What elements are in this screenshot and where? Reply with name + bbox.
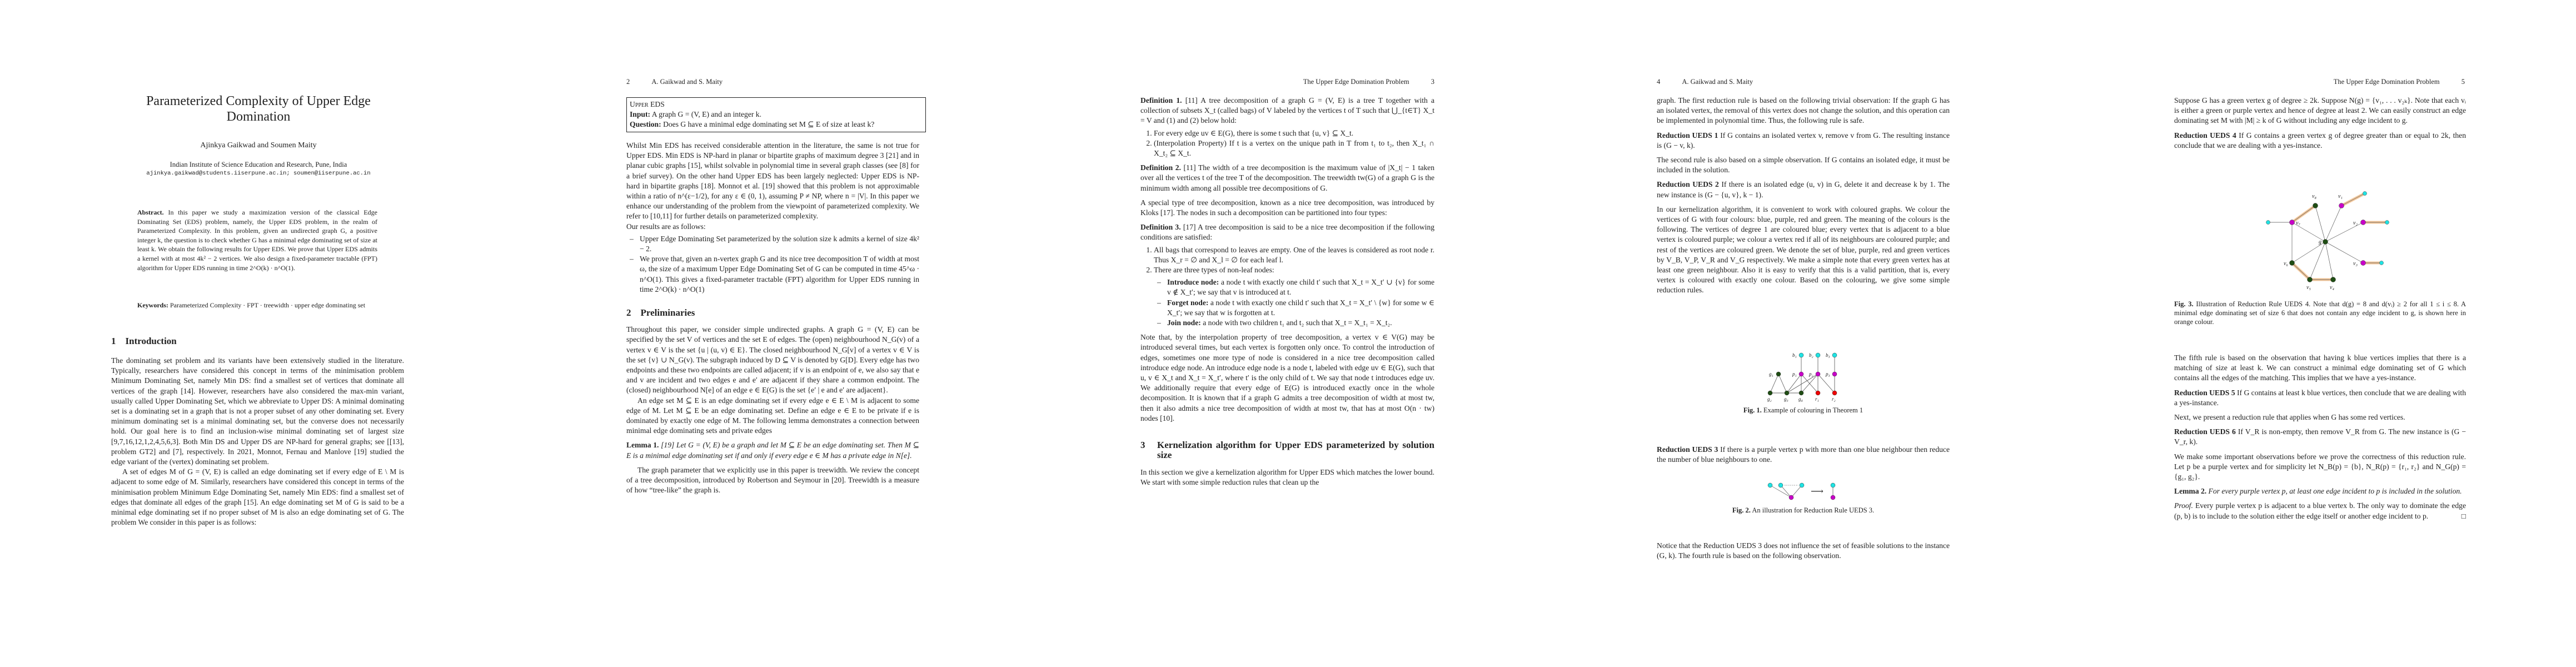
- page-number: 3: [1431, 78, 1434, 86]
- node-type-forget: Forget node: a node t with exactly one c…: [1167, 298, 1434, 318]
- prelim-paragraph-1: Throughout this paper, we consider simpl…: [626, 325, 919, 395]
- figure-2: ⟶ Fig. 2. An illustration for Reduction …: [1657, 481, 1950, 515]
- svg-text:v₃: v₃: [2353, 261, 2358, 267]
- definition-1: Definition 1. [11] A tree decomposition …: [1140, 96, 1434, 126]
- proof-lemma-2: Proof. Every purple vertex p is adjacent…: [2174, 501, 2466, 521]
- svg-text:b₃: b₃: [1826, 352, 1830, 358]
- svg-text:v₆: v₆: [2284, 261, 2288, 267]
- node-type-introduce: Introduce node: a node t with exactly on…: [1167, 277, 1434, 297]
- problem-input: Input: A graph G = (V, E) and an integer…: [630, 109, 923, 120]
- svg-text:b₂: b₂: [1809, 352, 1813, 358]
- svg-text:p₁: p₁: [1792, 371, 1797, 377]
- qed-symbol: □: [2462, 511, 2466, 521]
- page5-top: Suppose G has a green vertex g of degree…: [2174, 96, 2466, 151]
- section-heading-kernelization: 3 Kernelization algorithm for Upper EDS …: [1140, 440, 1434, 460]
- running-head: 2 A. Gaikwad and S. Maity: [626, 78, 723, 86]
- author-emails[interactable]: ajinkya.gaikwad@students.iiserpune.ac.in…: [100, 169, 417, 178]
- reduction-rule-4-figure: v₈v₁v₇v₂ gv₆v₃v₅v₄: [2258, 189, 2402, 292]
- figure-1-caption: Fig. 1. Example of colouring in Theorem …: [1657, 406, 1950, 415]
- note-paragraph: Note that, by the interpolation property…: [1140, 332, 1434, 424]
- figure-2-caption: Fig. 2. An illustration for Reduction Ru…: [1657, 506, 1950, 515]
- page-2: 2 A. Gaikwad and S. Maity Upper EDS Inpu…: [515, 0, 1030, 667]
- lemma-2: Lemma 2. For every purple vertex p, at l…: [2174, 486, 2466, 496]
- svg-text:v₇: v₇: [2296, 220, 2300, 226]
- svg-text:p₂: p₂: [1808, 371, 1813, 377]
- abstract-text: In this paper we study a maximization ve…: [137, 208, 377, 272]
- section3-paragraph: In this section we give a kernelization …: [1140, 467, 1434, 487]
- reduction-rule-1: Reduction UEDS 1 If G contains an isolat…: [1657, 131, 1950, 151]
- intro-paragraph-1: The dominating set problem and its varia…: [111, 356, 404, 467]
- running-head: The Upper Edge Domination Problem 5: [2228, 78, 2465, 86]
- page-1: Parameterized Complexity of Upper Edge D…: [0, 0, 515, 667]
- page-number: 4: [1657, 78, 1660, 86]
- page5-body: The fifth rule is based on the observati…: [2174, 353, 2466, 521]
- svg-text:v₄: v₄: [2330, 285, 2334, 291]
- reduction-rule-4: Reduction UEDS 4 If G contains a green v…: [2174, 131, 2466, 151]
- page-3: The Upper Edge Domination Problem 3 Defi…: [1030, 0, 1546, 667]
- figure-3: v₈v₁v₇v₂ gv₆v₃v₅v₄ Fig. 3. Illustration …: [2174, 189, 2466, 326]
- running-head: The Upper Edge Domination Problem 3: [1197, 78, 1434, 86]
- result-item: We prove that, given an n-vertex graph G…: [640, 254, 919, 295]
- figure-3-caption: Fig. 3. Illustration of Reduction Rule U…: [2174, 300, 2466, 326]
- svg-text:v₂: v₂: [2353, 220, 2358, 226]
- reduction-rule-3: Reduction UEDS 3 If there is a purple ve…: [1657, 445, 1950, 465]
- abstract: Abstract. In this paper we study a maxim…: [137, 208, 377, 272]
- running-head: 4 A. Gaikwad and S. Maity: [1657, 78, 1753, 86]
- reduction-rule-6: Reduction UEDS 6 If V_R is non-empty, th…: [2174, 427, 2466, 447]
- affiliation: Indian Institute of Science Education an…: [100, 160, 417, 169]
- svg-text:g₂: g₂: [1767, 396, 1772, 402]
- problem-name: Upper EDS: [630, 99, 923, 109]
- definition-2: Definition 2. [11] The width of a tree d…: [1140, 163, 1434, 193]
- problem-question: Question: Does G have a minimal edge dom…: [630, 120, 923, 130]
- keywords-text: Parameterized Complexity · FPT · treewid…: [170, 301, 365, 309]
- page-5: The Upper Edge Domination Problem 5 Supp…: [2061, 0, 2576, 667]
- page-number: 5: [2462, 78, 2465, 86]
- page-4: 4 A. Gaikwad and S. Maity graph. The fir…: [1546, 0, 2061, 667]
- motivation-paragraph: Whilst Min EDS has received considerable…: [626, 141, 919, 222]
- page4-body: graph. The first reduction rule is based…: [1657, 96, 1950, 296]
- abstract-label: Abstract.: [137, 208, 164, 216]
- keywords: Keywords: Parameterized Complexity · FPT…: [137, 301, 371, 310]
- nice-decomposition-intro: A special type of tree decomposition, kn…: [1140, 198, 1434, 218]
- definition-3: Definition 3. [17] A tree decomposition …: [1140, 222, 1434, 242]
- intro-body: The dominating set problem and its varia…: [111, 356, 404, 527]
- svg-text:v₁: v₁: [2338, 193, 2343, 200]
- svg-text:v₈: v₈: [2312, 193, 2316, 200]
- colouring-paragraph: In our kernelization algorithm, it is co…: [1657, 205, 1950, 296]
- reduction-rule-3-figure: ⟶: [1767, 481, 1840, 501]
- page-number: 2: [626, 78, 630, 86]
- svg-text:g: g: [2319, 239, 2321, 245]
- results-list: Upper Edge Dominating Set parameterized …: [626, 234, 919, 295]
- definition-1-list: For every edge uv ∈ E(G), there is some …: [1140, 128, 1434, 159]
- svg-text:g₁: g₁: [1769, 371, 1773, 377]
- svg-text:g₄: g₄: [1798, 396, 1803, 402]
- svg-text:p₃: p₃: [1825, 371, 1830, 377]
- svg-text:r₂: r₂: [1832, 396, 1836, 402]
- definition-3-list: All bags that correspond to leaves are e…: [1140, 245, 1434, 328]
- page4-closing-paragraph: Notice that the Reduction UEDS 3 does no…: [1657, 541, 1950, 561]
- treewidth-paragraph: The graph parameter that we explicitly u…: [626, 465, 919, 496]
- section-heading-introduction: 1 Introduction: [111, 336, 177, 347]
- authors: Ajinkya Gaikwad and Soumen Maity: [111, 141, 406, 150]
- prelim-paragraph-2: An edge set M ⊆ E is an edge dominating …: [626, 396, 919, 436]
- figure-1: b₁b₂b₃ g₁p₁p₂p₃ g₂g₃g₄r₁r₂ Fig. 1. Examp…: [1657, 347, 1950, 415]
- reduction-rule-2: Reduction UEDS 2 If there is an isolated…: [1657, 180, 1950, 200]
- node-types-list: Introduce node: a node t with exactly on…: [1154, 277, 1434, 328]
- arrow-icon: ⟶: [1811, 487, 1823, 496]
- svg-text:v₅: v₅: [2306, 285, 2311, 291]
- keywords-label: Keywords:: [137, 301, 168, 309]
- svg-text:g₃: g₃: [1784, 396, 1788, 402]
- reduction-rule-5: Reduction UEDS 5 If G contains at least …: [2174, 388, 2466, 408]
- svg-text:b₁: b₁: [1792, 352, 1797, 358]
- paper-title: Parameterized Complexity of Upper Edge D…: [111, 93, 406, 125]
- svg-text:r₁: r₁: [1815, 396, 1819, 402]
- node-type-join: Join node: a node with two children t₁ a…: [1167, 318, 1434, 328]
- page2-body: Whilst Min EDS has received considerable…: [626, 141, 919, 496]
- result-item: Upper Edge Dominating Set parameterized …: [640, 234, 919, 254]
- page3-body: Definition 1. [11] A tree decomposition …: [1140, 96, 1434, 487]
- problem-definition-box: Upper EDS Input: A graph G = (V, E) and …: [626, 97, 926, 132]
- lemma-1: Lemma 1. [19] Let G = (V, E) be a graph …: [626, 440, 919, 460]
- colouring-graph-figure: b₁b₂b₃ g₁p₁p₂p₃ g₂g₃g₄r₁r₂: [1753, 347, 1853, 403]
- section-heading-preliminaries: 2 Preliminaries: [626, 308, 919, 318]
- intro-paragraph-2: A set of edges M of G = (V, E) is called…: [111, 467, 404, 527]
- affiliation-block: Indian Institute of Science Education an…: [100, 160, 417, 178]
